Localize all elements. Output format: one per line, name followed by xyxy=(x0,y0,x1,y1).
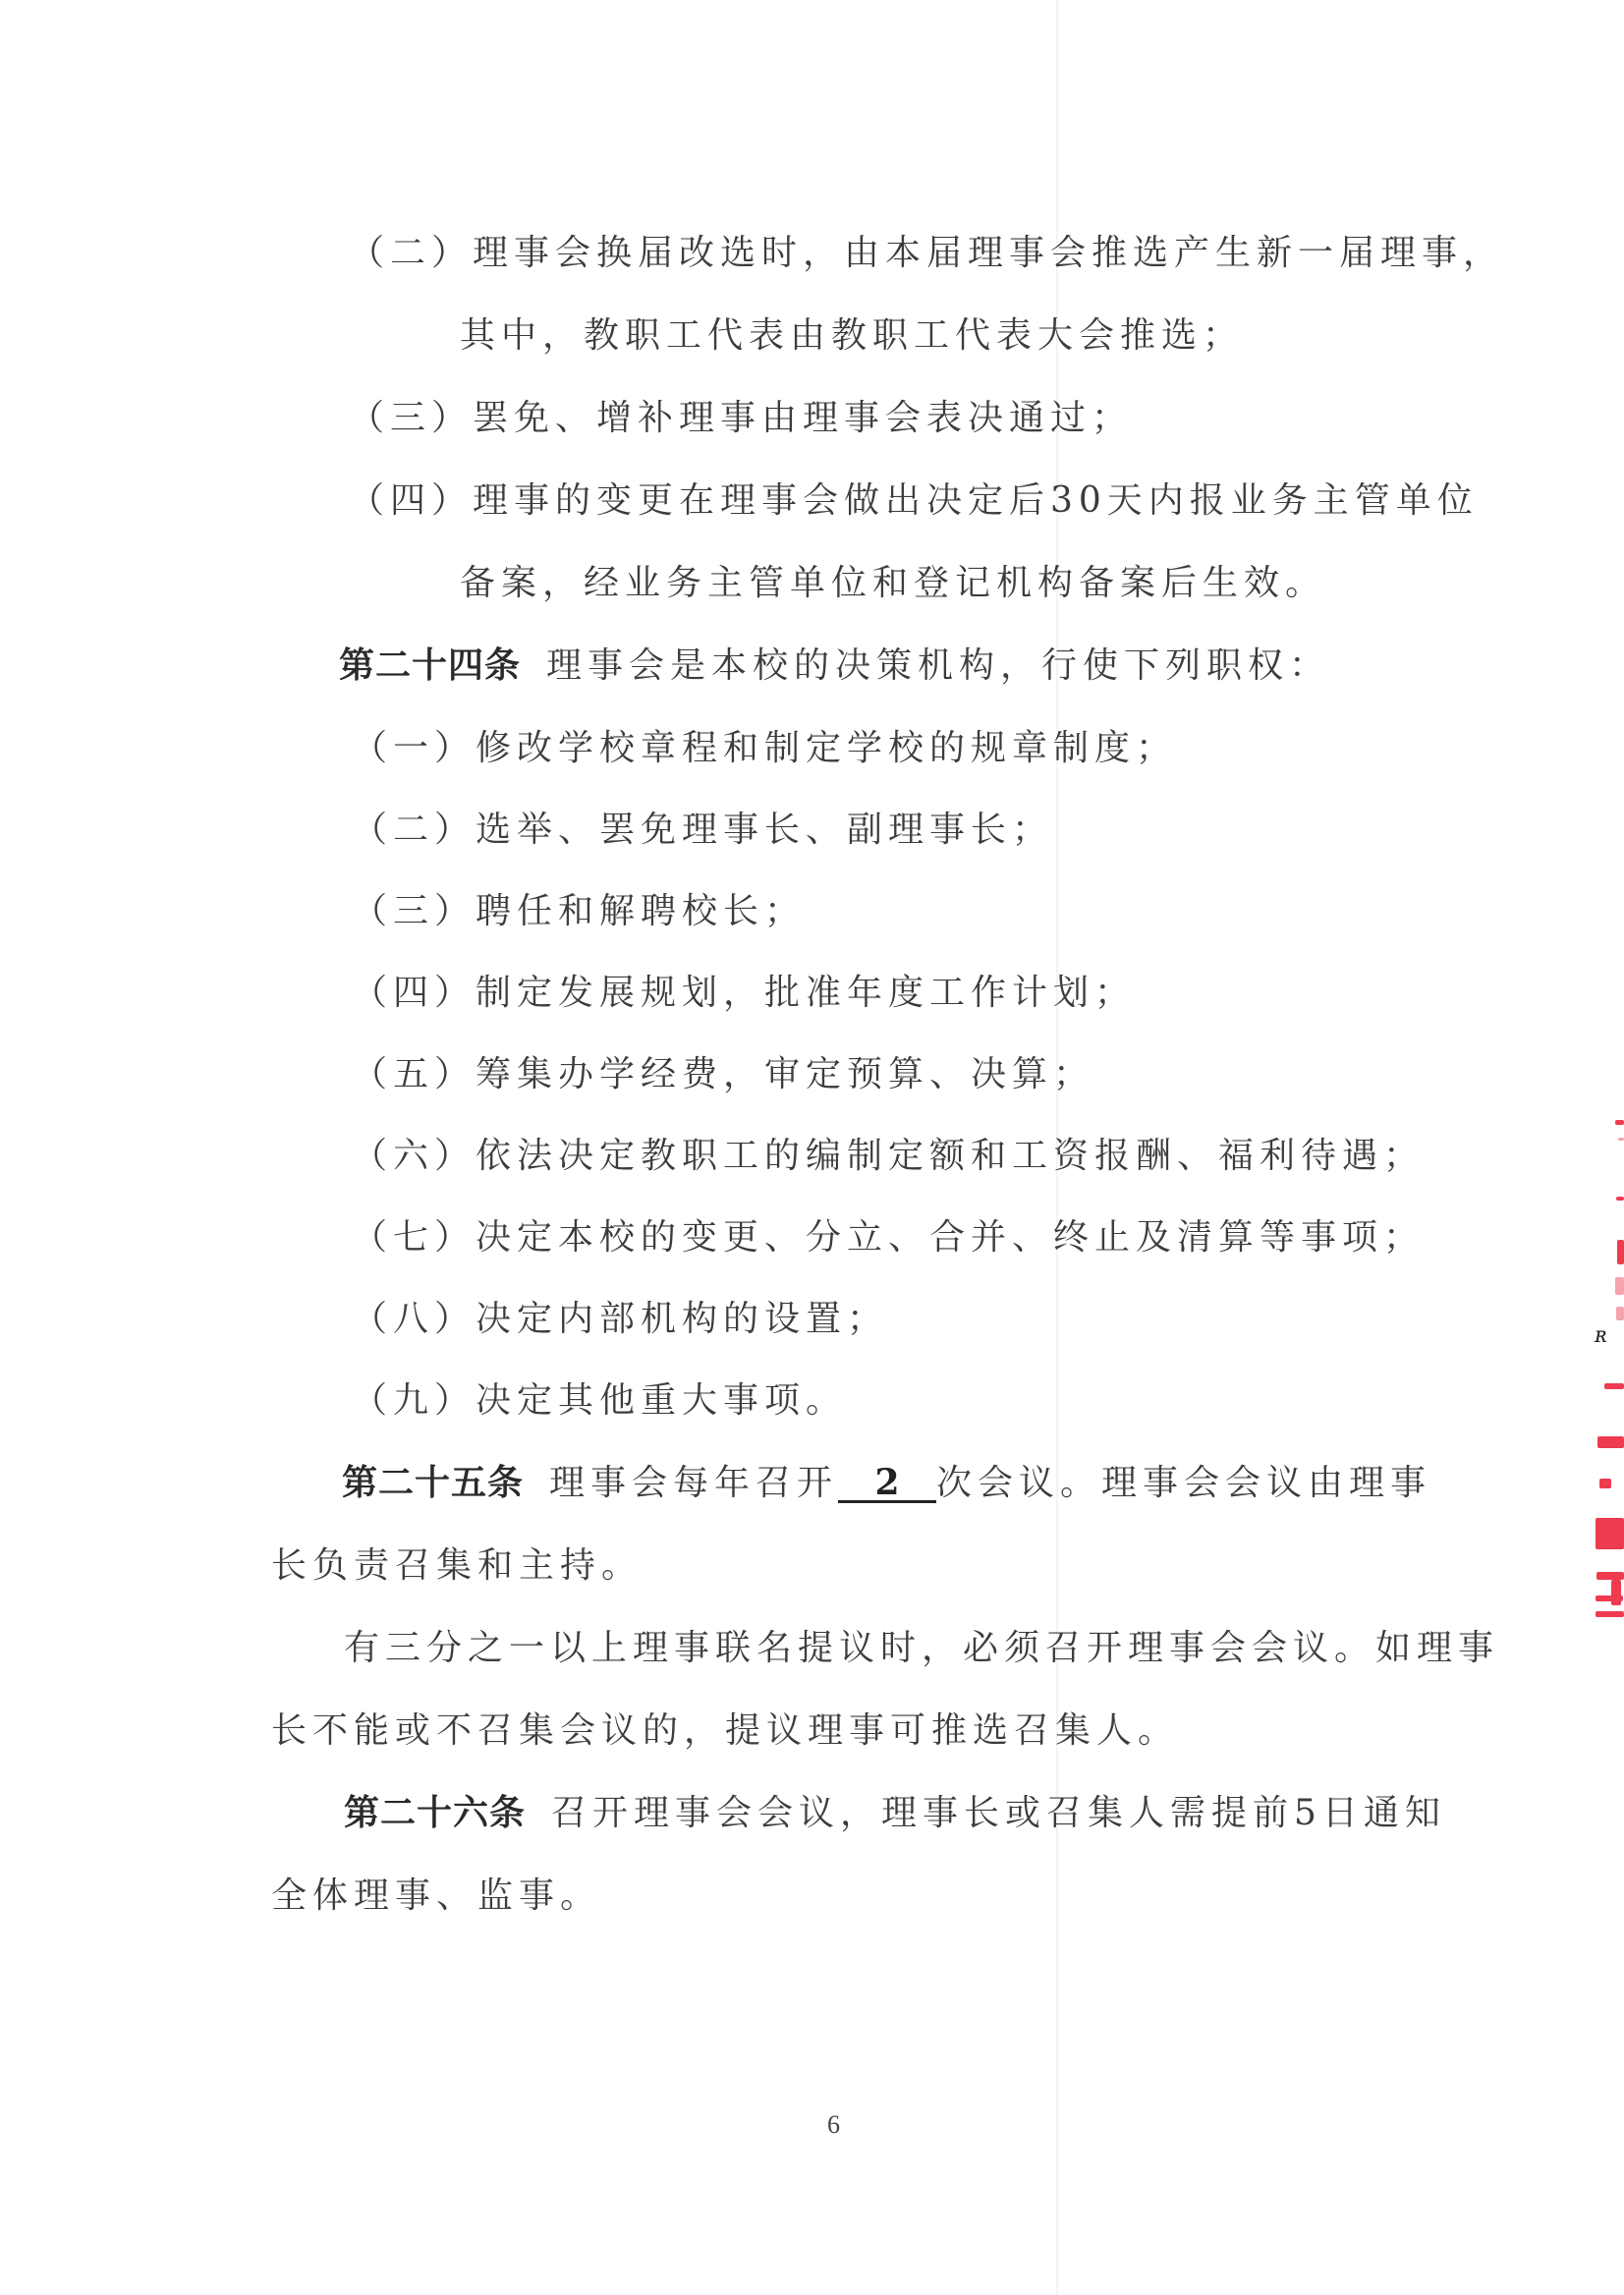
article23-item-4-line2: 备案，经业务主管单位和登记机构备案后生效。 xyxy=(460,562,1326,605)
article24-item: （三）聘任和解聘校长； xyxy=(352,890,806,933)
article24-intro: 第二十四条理事会是本校的决策机构，行使下列职权： xyxy=(339,644,1330,688)
article26-line1: 第二十六条召开理事会会议，理事长或召集人需提前5日通知 xyxy=(344,1792,1446,1835)
article24-item: （九）决定其他重大事项。 xyxy=(352,1379,847,1423)
article24-item: （六）依法决定教职工的编制定额和工资报酬、福利待遇； xyxy=(352,1135,1425,1178)
meetings-per-year-blank: 2 xyxy=(838,1465,936,1503)
article25-para2-line1: 有三分之一以上理事联名提议时，必须召开理事会会议。如理事 xyxy=(344,1627,1499,1670)
article25-para2-line2: 长不能或不召集会议的，提议理事可推选召集人。 xyxy=(271,1709,1179,1753)
margin-handwriting: ʀ xyxy=(1595,1323,1607,1348)
article23-item-3: （三）罢免、增补理事由理事会表决通过； xyxy=(349,397,1133,440)
article24-item: （五）筹集办学经费，审定预算、决算； xyxy=(352,1053,1094,1096)
article26-text: 召开理事会会议，理事长或召集人需提前5日通知 xyxy=(551,1793,1446,1833)
article24-item: （四）制定发展规划，批准年度工作计划； xyxy=(352,972,1136,1015)
article24-heading: 第二十四条 xyxy=(339,645,521,686)
article25-line1: 第二十五条理事会每年召开2次会议。理事会会议由理事 xyxy=(342,1462,1431,1505)
article24-item: （八）决定内部机构的设置； xyxy=(352,1298,888,1341)
article26-line2: 全体理事、监事。 xyxy=(271,1875,601,1918)
article24-item: （一）修改学校章程和制定学校的规章制度； xyxy=(352,727,1177,770)
article24-text: 理事会是本校的决策机构，行使下列职权： xyxy=(546,645,1330,686)
article26-heading: 第二十六条 xyxy=(344,1793,526,1833)
article23-item-2-line1: （二）理事会换届改选时，由本届理事会推选产生新一届理事， xyxy=(349,232,1504,275)
article23-item-2-line2: 其中，教职工代表由教职工代表大会推选； xyxy=(460,314,1244,358)
article24-item: （七）决定本校的变更、分立、合并、终止及清算等事项； xyxy=(352,1216,1425,1259)
article25-text-before: 理事会每年召开 xyxy=(549,1463,838,1503)
article25-heading: 第二十五条 xyxy=(342,1463,524,1503)
page-number: 6 xyxy=(827,2110,840,2140)
article24-item: （二）选举、罢免理事长、副理事长； xyxy=(352,809,1053,852)
article23-item-4-line1: （四）理事的变更在理事会做出决定后30天内报业务主管单位 xyxy=(349,479,1479,523)
article25-line2: 长负责召集和主持。 xyxy=(271,1544,643,1588)
article25-text-after: 次会议。理事会会议由理事 xyxy=(936,1463,1431,1503)
